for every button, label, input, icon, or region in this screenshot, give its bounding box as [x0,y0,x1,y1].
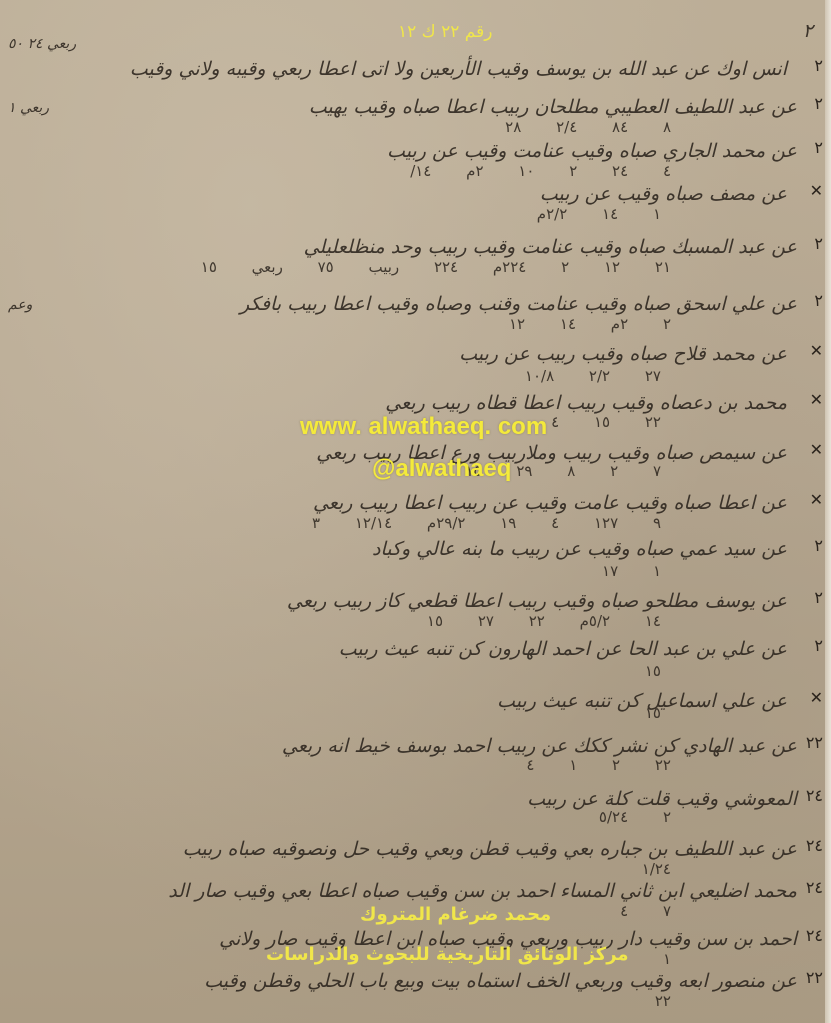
manuscript-line: محمد اضليعي ابن ثاني المساء احمد بن سن و… [168,880,797,902]
manuscript-line: عن منصور ابعه وقيب وربعي الخف استماه بيت… [204,970,797,992]
margin-note: ربعي ٢٤ ٥٠ [8,36,76,52]
line-number: ٢ [814,588,823,607]
page-number: ٢ [803,20,813,42]
manuscript-line: عن اعطا صباه وقيب عامت وقيب عن ربيب اعطا… [313,492,787,514]
manuscript-line: عن عبد المسبك صباه وقيب عنامت وقيب ربيب … [304,236,797,258]
line-figures: ٢ ٥/٢٤ [599,808,671,826]
manuscript-line: عن علي اسماعيل كن تنبه عيث ربيب [497,690,787,712]
manuscript-line: محمد بن دعصاه وقيب ربيب اعطا قطاه ربيب ر… [385,392,787,414]
line-number: ٢ [814,536,823,555]
cross-mark-icon: ✕ [810,440,823,459]
line-figures: ٢٢ ٢ ١ ٤ [526,756,671,774]
line-number: ٢٤ [806,926,823,945]
line-figures: ٤ ٢٤ ٢ ١٠ ٢م ١٤/ [410,162,671,180]
manuscript-line: عن محمد قلاح صباه وقيب ربيب عن ربيب [459,343,787,365]
reference-number-watermark: رقم ٢٢ ك ١٢ [398,22,492,42]
line-number: ٢٤ [806,878,823,897]
line-number: ٢٢ [806,733,823,752]
line-figures: ١/٢٤ [642,860,671,878]
manuscript-line: عن عبد الهادي كن نشر ككك عن ربيب احمد بو… [282,735,797,757]
line-number: ٢ [814,56,823,75]
line-figures: ١ ١٤ ٢/٢م [537,205,661,223]
line-figures: ٢ ٢م ١٤ ١٢ [509,315,671,333]
margin-note: وعم [8,297,32,313]
cross-mark-icon: ✕ [810,390,823,409]
cross-mark-icon: ✕ [810,490,823,509]
manuscript-line: عن عبد اللطيف بن جباره بعي وقيب قطن وبعي… [183,838,797,860]
manuscript-line: عن محمد الجاري صباه وقيب عنامت وقيب عن ر… [387,140,797,162]
manuscript-line: المعوشي وقيب قلت كلة عن ربيب [527,788,797,810]
line-figures: ٧ ٤ [620,902,671,920]
cross-mark-icon: ✕ [810,181,823,200]
manuscript-line: عن علي اسحق صباه وقيب عنامت وقنب وصباه و… [240,293,797,315]
manuscript-line: عن يوسف مطلحو صباه وقيب ربيب اعطا قطعي ك… [287,590,787,612]
line-figures: ١٥ [645,704,661,722]
line-figures: ١ [663,950,671,968]
line-figures: ٨ ٨٤ ٢/٤ ٢٨ [505,118,671,136]
cross-mark-icon: ✕ [810,688,823,707]
line-figures: ١٥ [645,662,661,680]
line-number: ٢٢ [806,968,823,987]
line-number: ٢٤ [806,836,823,855]
line-figures: ٢٢ ١٥ ٤ [551,413,661,431]
line-figures: ١ ١٧ [602,562,661,580]
line-figures: ٢٧ ٢/٢ ١٠/٨ [525,367,661,385]
line-number: ٢ [814,234,823,253]
line-number: ٢ [814,636,823,655]
line-figures: ٢٢ [655,992,671,1010]
manuscript-line: انس اوك عن عبد الله بن يوسف وقيب الأربعي… [130,58,787,80]
line-figures: ٩ ١٢٧ ٤ ١٩ ٢٩/٢م ١٢/١٤ ٣ [312,514,661,532]
page-edge [825,0,831,1023]
line-number: ٢ [814,138,823,157]
website-watermark: www. alwathaeq. com [300,413,547,441]
line-figures: ١٤ ٥/٢م ٢٢ ٢٧ ١٥ [427,612,661,630]
manuscript-line: عن سيد عمي صباه وقيب عن ربيب ما بنه عالي… [372,538,787,560]
line-number: ٢ [814,94,823,113]
manuscript-line: عن علي بن عبد الحا عن احمد الهارون كن تن… [339,638,787,660]
institution-watermark: مركز الوثائق التاريخية للبحوث والدراسات [266,944,629,965]
line-number: ٢ [814,291,823,310]
line-figures: ٢١ ١٢ ٢ ٢٢٤م ٢٢٤ ربيب ٧٥ ربعي ١٥ [201,258,671,276]
manuscript-line: عن عبد اللطيف العطيبي مطلحان ربيب اعطا ص… [309,96,797,118]
margin-note: ربعي ١ [8,100,49,116]
line-number: ٢٤ [806,786,823,805]
handle-watermark: @alwathaeq [372,455,511,483]
cross-mark-icon: ✕ [810,341,823,360]
author-watermark: محمد ضرغام المتروك [360,904,551,925]
manuscript-line: عن مصف صباه وقيب عن ربيب [540,183,787,205]
